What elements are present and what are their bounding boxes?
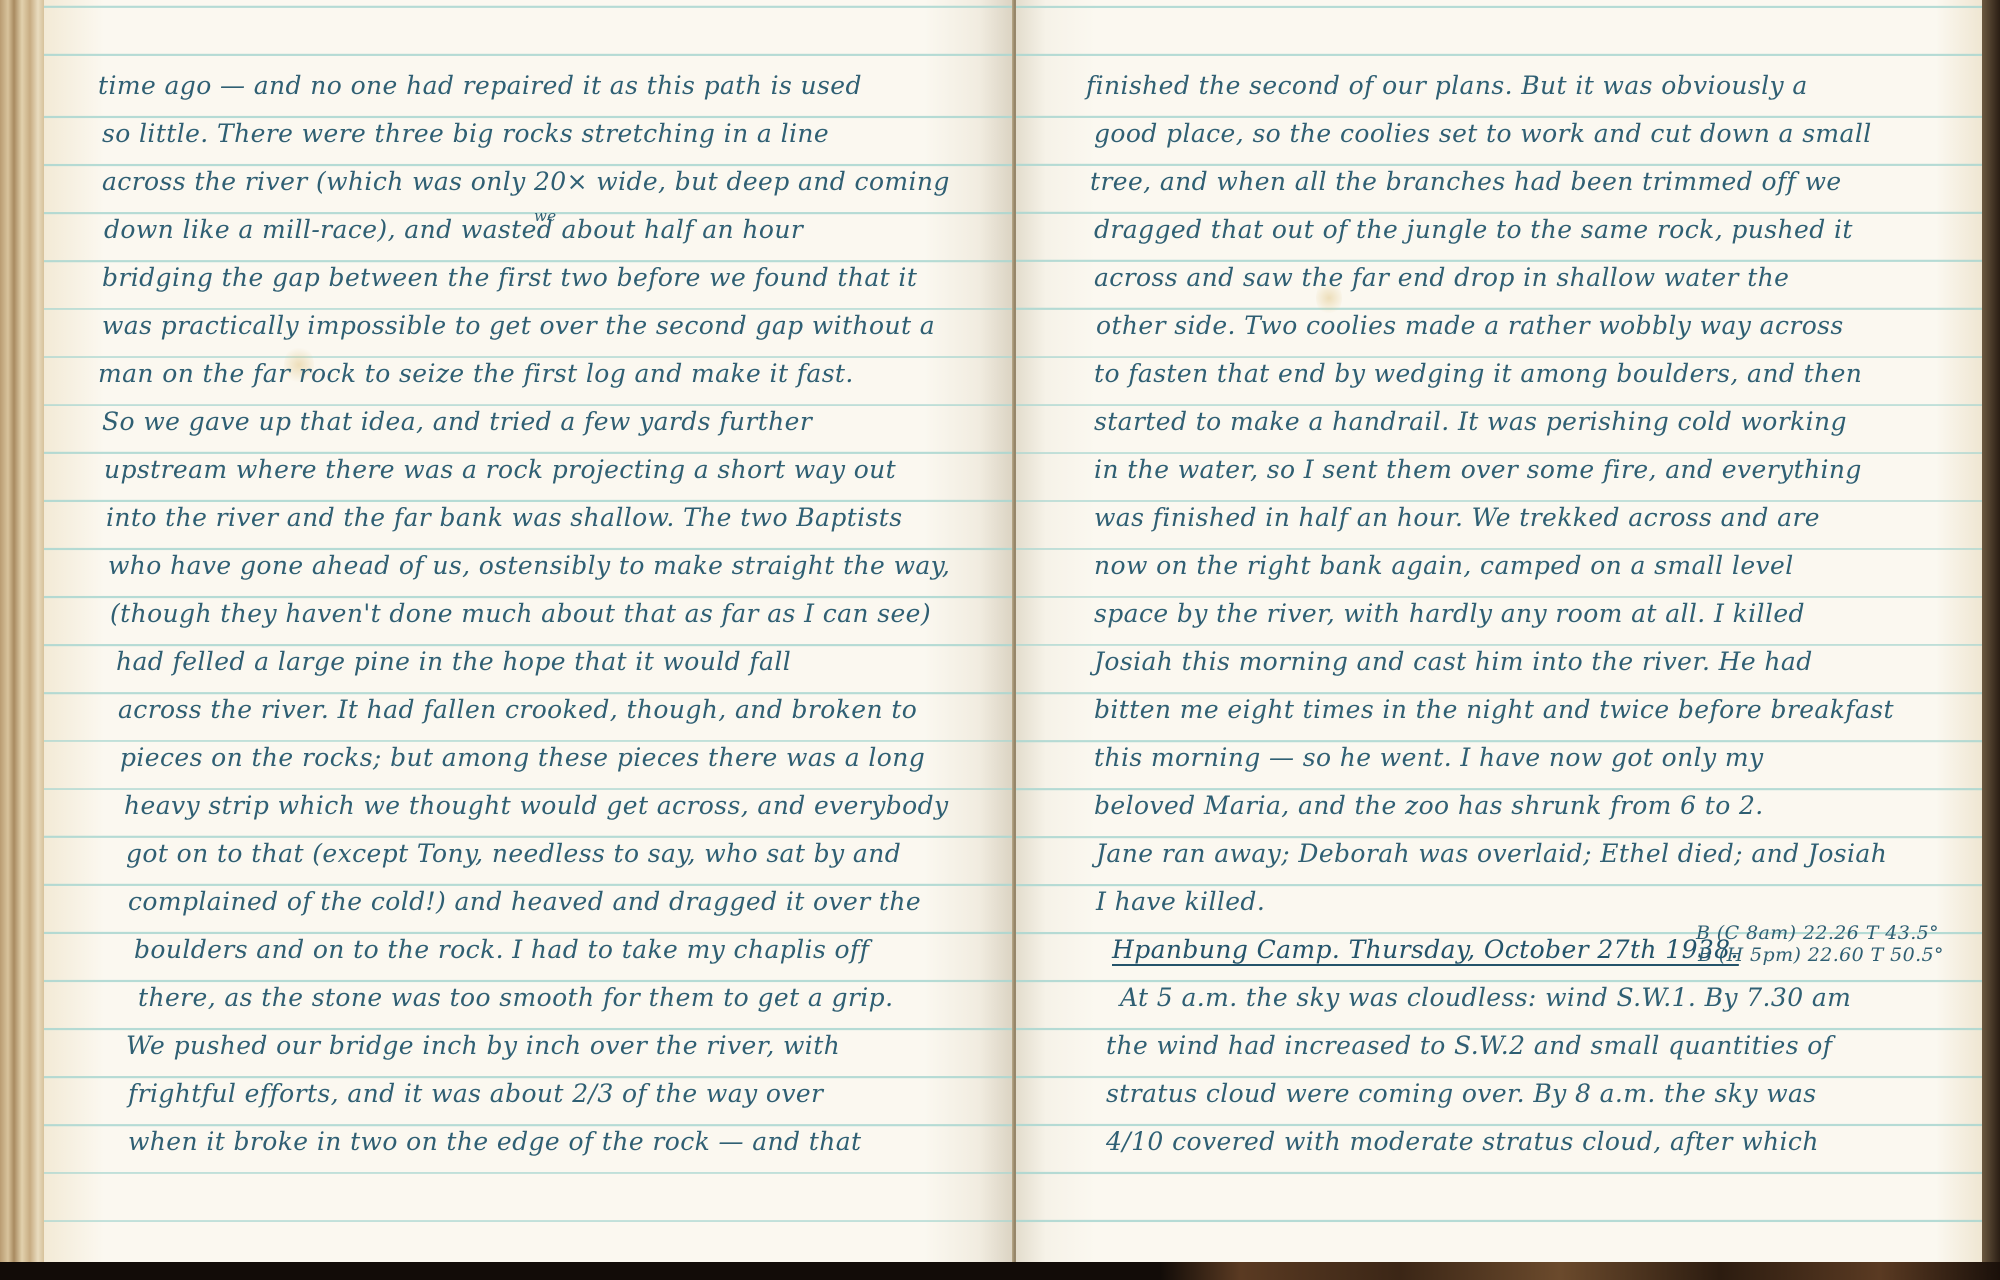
line-text: We pushed our bridge inch by inch over t… [126,1031,840,1060]
line-text: Jane ran away; Deborah was overlaid; Eth… [1096,839,1887,868]
handwritten-line: We pushed our bridge inch by inch over t… [44,1030,1014,1078]
handwritten-line: stratus cloud were coming over. By 8 a.m… [1016,1078,1982,1126]
line-text: heavy strip which we thought would get a… [124,791,949,820]
line-text: to fasten that end by wedging it among b… [1094,359,1862,388]
line-text: other side. Two coolies made a rather wo… [1096,311,1844,340]
line-text: across and saw the far end drop in shall… [1094,263,1789,292]
line-text: into the river and the far bank was shal… [106,503,902,532]
line-text: was practically impossible to get over t… [102,311,935,340]
line-text: the wind had increased to S.W.2 and smal… [1106,1031,1832,1060]
line-text: frightful efforts, and it was about 2/3 … [128,1079,823,1108]
line-text: So we gave up that idea, and tried a few… [102,407,812,436]
page-edges-left [0,0,46,1262]
line-text: now on the right bank again, camped on a… [1094,551,1794,580]
handwritten-line: there, as the stone was too smooth for t… [44,982,1014,1030]
line-text: when it broke in two on the edge of the … [128,1127,862,1156]
handwritten-line: Jane ran away; Deborah was overlaid; Eth… [1016,838,1982,886]
line-text: Hpanbung Camp. Thursday, October 27th 19… [1112,935,1739,964]
handwritten-line: beloved Maria, and the zoo has shrunk fr… [1016,790,1982,838]
handwritten-line: across the river (which was only 20× wid… [44,166,1014,214]
line-text: Josiah this morning and cast him into th… [1094,647,1813,676]
line-text: pieces on the rocks; but among these pie… [120,743,925,772]
handwritten-line: 4/10 covered with moderate stratus cloud… [1016,1126,1982,1174]
line-text: boulders and on to the rock. I had to ta… [134,935,869,964]
handwritten-line: pieces on the rocks; but among these pie… [44,742,1014,790]
line-text: in the water, so I sent them over some f… [1094,455,1862,484]
handwritten-line: across the river. It had fallen crooked,… [44,694,1014,742]
line-text: time ago — and no one had repaired it as… [98,71,862,100]
handwritten-line: the wind had increased to S.W.2 and smal… [1016,1030,1982,1078]
handwritten-line: this morning — so he went. I have now go… [1016,742,1982,790]
handwritten-line: bitten me eight times in the night and t… [1016,694,1982,742]
line-text: finished the second of our plans. But it… [1086,71,1808,100]
handwritten-line: had felled a large pine in the hope that… [44,646,1014,694]
left-page: time ago — and no one had repaired it as… [44,0,1014,1264]
handwritten-line: down like a mill-race), and wasted about… [44,214,1014,262]
handwritten-line: tree, and when all the branches had been… [1016,166,1982,214]
handwritten-line: started to make a handrail. It was peris… [1016,406,1982,454]
line-text: tree, and when all the branches had been… [1090,167,1842,196]
line-text: across the river (which was only 20× wid… [102,167,950,196]
line-text: bitten me eight times in the night and t… [1094,695,1894,724]
handwritten-line: across and saw the far end drop in shall… [1016,262,1982,310]
handwritten-line: heavy strip which we thought would get a… [44,790,1014,838]
handwritten-line: now on the right bank again, camped on a… [1016,550,1982,598]
handwritten-line: bridging the gap between the first two b… [44,262,1014,310]
line-text: this morning — so he went. I have now go… [1094,743,1764,772]
handwritten-line: boulders and on to the rock. I had to ta… [44,934,1014,982]
handwritten-line: was practically impossible to get over t… [44,310,1014,358]
line-text: across the river. It had fallen crooked,… [118,695,917,724]
handwritten-line: so little. There were three big rocks st… [44,118,1014,166]
handwritten-line: complained of the cold!) and heaved and … [44,886,1014,934]
cover-edge-right [1982,0,2000,1262]
line-text: upstream where there was a rock projecti… [104,455,896,484]
handwritten-line: was finished in half an hour. We trekked… [1016,502,1982,550]
handwritten-line: other side. Two coolies made a rather wo… [1016,310,1982,358]
handwritten-line: good place, so the coolies set to work a… [1016,118,1982,166]
line-text: was finished in half an hour. We trekked… [1094,503,1820,532]
line-text: beloved Maria, and the zoo has shrunk fr… [1094,791,1764,820]
barometer-reading: B (H 5pm) 22.60 T 50.5° [1696,944,1944,966]
page-bottom-edges [0,1262,2000,1280]
line-text: dragged that out of the jungle to the sa… [1094,215,1853,244]
line-text: bridging the gap between the first two b… [102,263,917,292]
line-text: man on the far rock to seize the first l… [98,359,854,388]
left-page-text: time ago — and no one had repaired it as… [44,70,1014,1174]
handwritten-line: frightful efforts, and it was about 2/3 … [44,1078,1014,1126]
handwritten-line: space by the river, with hardly any room… [1016,598,1982,646]
handwritten-line: man on the far rock to seize the first l… [44,358,1014,406]
handwritten-line: upstream where there was a rock projecti… [44,454,1014,502]
handwritten-line: dragged that out of the jungle to the sa… [1016,214,1982,262]
handwritten-line: So we gave up that idea, and tried a few… [44,406,1014,454]
handwritten-line: who have gone ahead of us, ostensibly to… [44,550,1014,598]
line-text: space by the river, with hardly any room… [1094,599,1805,628]
handwritten-line: to fasten that end by wedging it among b… [1016,358,1982,406]
line-text: had felled a large pine in the hope that… [116,647,791,676]
barometer-readings: B (C 8am) 22.26 T 43.5°B (H 5pm) 22.60 T… [1696,922,1944,966]
entry-heading: Hpanbung Camp. Thursday, October 27th 19… [1016,934,1982,982]
line-text: At 5 a.m. the sky was cloudless: wind S.… [1120,983,1851,1012]
line-text: who have gone ahead of us, ostensibly to… [108,551,950,580]
right-page-text: finished the second of our plans. But it… [1016,70,1982,1174]
handwritten-line: when it broke in two on the edge of the … [44,1126,1014,1174]
handwritten-line: time ago — and no one had repaired it as… [44,70,1014,118]
line-text: (though they haven't done much about tha… [110,599,931,628]
line-text: good place, so the coolies set to work a… [1094,119,1872,148]
handwritten-line: At 5 a.m. the sky was cloudless: wind S.… [1016,982,1982,1030]
line-text: down like a mill-race), and wasted about… [104,215,803,244]
line-text: started to make a handrail. It was peris… [1094,407,1847,436]
line-text: stratus cloud were coming over. By 8 a.m… [1106,1079,1817,1108]
handwritten-line: into the river and the far bank was shal… [44,502,1014,550]
handwritten-line: Josiah this morning and cast him into th… [1016,646,1982,694]
barometer-reading: B (C 8am) 22.26 T 43.5° [1696,922,1944,944]
line-text: 4/10 covered with moderate stratus cloud… [1106,1127,1819,1156]
handwritten-line: got on to that (except Tony, needless to… [44,838,1014,886]
handwritten-line: (though they haven't done much about tha… [44,598,1014,646]
line-text: complained of the cold!) and heaved and … [128,887,921,916]
handwritten-line: finished the second of our plans. But it… [1016,70,1982,118]
line-text: got on to that (except Tony, needless to… [126,839,901,868]
line-text: so little. There were three big rocks st… [102,119,829,148]
handwritten-line: in the water, so I sent them over some f… [1016,454,1982,502]
right-page: finished the second of our plans. But it… [1016,0,1982,1264]
interlinear-insertion: we [534,192,557,240]
line-text: I have killed. [1096,887,1265,916]
line-text: there, as the stone was too smooth for t… [138,983,893,1012]
